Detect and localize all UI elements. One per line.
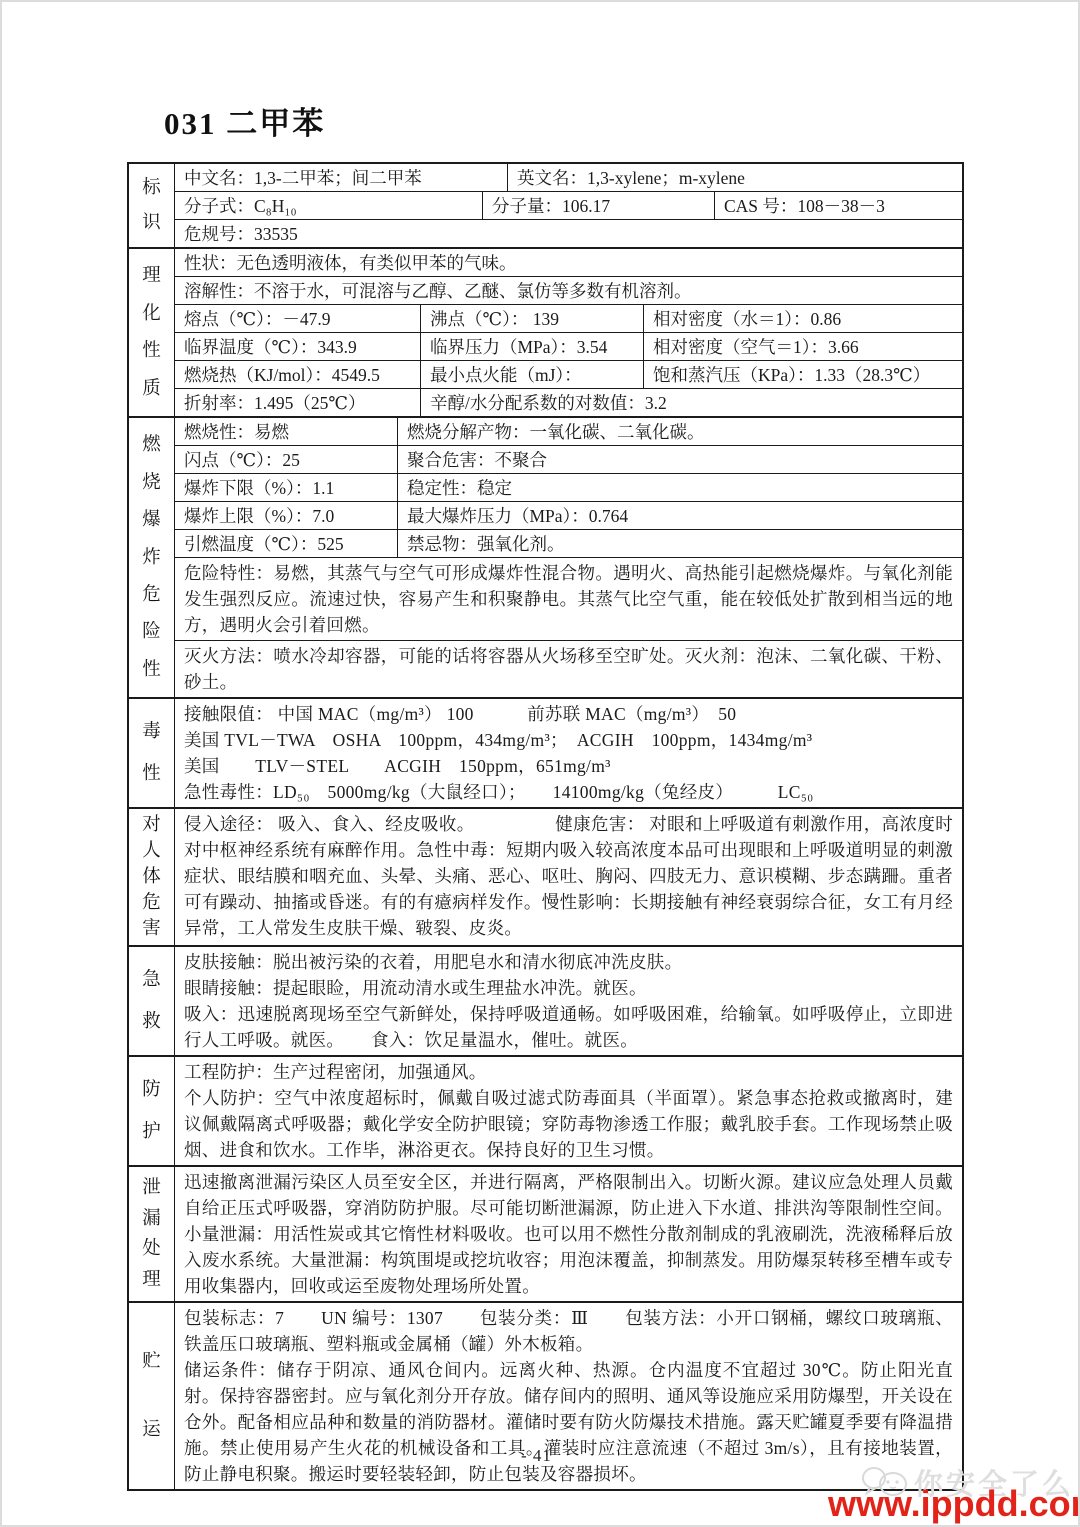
cell-storage-transport-text: 包装标志：7 UN 编号：1307 包装分类：Ⅲ 包装方法：小开口钢桶，螺纹口玻… bbox=[175, 1303, 962, 1489]
cell-melting-point: 熔点（℃）：－47.9 bbox=[175, 305, 420, 332]
section-spill-handling: 泄漏处理 迅速撤离泄漏污染区人员至安全区，并进行隔离，严格限制出入。切断火源。建… bbox=[129, 1165, 962, 1301]
table-row: 性状：无色透明液体，有类似甲苯的气味。 bbox=[175, 249, 962, 276]
table-row: 包装标志：7 UN 编号：1307 包装分类：Ⅲ 包装方法：小开口钢桶，螺纹口玻… bbox=[175, 1303, 962, 1489]
cell-hazard-code: 危规号：33535 bbox=[175, 220, 962, 247]
cell-hazard-characteristics: 危险特性：易燃，其蒸气与空气可形成爆炸性混合物。遇明火、高热能引起燃烧爆炸。与氧… bbox=[175, 558, 962, 640]
cell-appearance: 性状：无色透明液体，有类似甲苯的气味。 bbox=[175, 249, 962, 276]
section-label-spill-handling: 泄漏处理 bbox=[129, 1167, 175, 1301]
cell-protection-text: 工程防护：生产过程密闭，加强通风。 个人防护：空气中浓度超标时，佩戴自吸过滤式防… bbox=[175, 1057, 962, 1165]
cell-polymerization-hazard: 聚合危害：不聚合 bbox=[397, 446, 962, 473]
cell-first-aid-text: 皮肤接触：脱出被污染的衣着，用肥皂水和清水彻底冲洗皮肤。 眼睛接触：提起眼睑，用… bbox=[175, 947, 962, 1055]
table-row: 闪点（℃）：25 聚合危害：不聚合 bbox=[175, 445, 962, 473]
watermark-site-url: www.ippdd.com bbox=[828, 1483, 1080, 1525]
section-label-fire-explosion: 燃烧爆炸危险性 bbox=[129, 418, 175, 697]
section-protection: 防护 工程防护：生产过程密闭，加强通风。 个人防护：空气中浓度超标时，佩戴自吸过… bbox=[129, 1055, 962, 1165]
personal-protection: 个人防护：空气中浓度超标时，佩戴自吸过滤式防毒面具（半面罩）。紧急事态抢救或撤离… bbox=[184, 1085, 953, 1163]
cell-relative-density-water: 相对密度（水＝1）：0.86 bbox=[643, 305, 962, 332]
table-row: 中文名：1,3-二甲苯；间二甲苯 英文名：1,3-xylene；m-xylene bbox=[175, 164, 962, 191]
section-label-first-aid: 急救 bbox=[129, 947, 175, 1055]
exposure-limit-line: 美国 TLV－STEL ACGIH 150ppm，651mg/m³ bbox=[184, 753, 953, 779]
table-row: 熔点（℃）：－47.9 沸点（℃）： 139 相对密度（水＝1）：0.86 bbox=[175, 304, 962, 332]
section-first-aid: 急救 皮肤接触：脱出被污染的衣着，用肥皂水和清水彻底冲洗皮肤。 眼睛接触：提起眼… bbox=[129, 945, 962, 1055]
cell-fire-fighting-methods: 灭火方法：喷水冷却容器，可能的话将容器从火场移至空旷处。灭火剂：泡沫、二氧化碳、… bbox=[175, 641, 962, 697]
cell-saturated-vapor-pressure: 饱和蒸汽压（KPa）：1.33（28.3℃） bbox=[643, 361, 962, 388]
table-row: 引燃温度（℃）：525 禁忌物：强氧化剂。 bbox=[175, 529, 962, 557]
page-number: - 41 bbox=[521, 1446, 552, 1466]
engineering-controls: 工程防护：生产过程密闭，加强通风。 bbox=[184, 1059, 953, 1085]
section-identification: 标识 中文名：1,3-二甲苯；间二甲苯 英文名：1,3-xylene；m-xyl… bbox=[129, 164, 962, 247]
cell-critical-temperature: 临界温度（℃）：343.9 bbox=[175, 333, 420, 360]
packaging-info: 包装标志：7 UN 编号：1307 包装分类：Ⅲ 包装方法：小开口钢桶，螺纹口玻… bbox=[184, 1305, 953, 1357]
section-label-protection: 防护 bbox=[129, 1057, 175, 1165]
table-row: 燃烧热（KJ/mol）：4549.5 最小点火能（mJ）： 饱和蒸汽压（KPa）… bbox=[175, 360, 962, 388]
cell-molecular-weight: 分子量：106.17 bbox=[482, 192, 714, 219]
cell-flash-point: 闪点（℃）：25 bbox=[175, 446, 397, 473]
table-row: 折射率：1.495（25℃） 辛醇/水分配系数的对数值：3.2 bbox=[175, 388, 962, 416]
table-row: 迅速撤离泄漏污染区人员至安全区，并进行隔离，严格限制出入。切断火源。建议应急处理… bbox=[175, 1167, 962, 1301]
cell-english-name: 英文名：1,3-xylene；m-xylene bbox=[507, 164, 962, 191]
table-row: 危规号：33535 bbox=[175, 219, 962, 247]
page-title: 031 二甲苯 bbox=[164, 98, 325, 143]
cell-boiling-point: 沸点（℃）： 139 bbox=[420, 305, 643, 332]
section-health-hazards: 对人体危害 侵入途径： 吸入、食入、经皮吸收。 健康危害： 对眼和上呼吸道有刺激… bbox=[129, 807, 962, 945]
cell-molecular-formula: 分子式：C₈H₁₀ bbox=[175, 192, 482, 219]
section-toxicity: 毒性 接触限值： 中国 MAC（mg/m³） 100 前苏联 MAC（mg/m³… bbox=[129, 697, 962, 807]
table-row: 临界温度（℃）：343.9 临界压力（MPa）：3.54 相对密度（空气＝1）：… bbox=[175, 332, 962, 360]
exposure-limit-line: 接触限值： 中国 MAC（mg/m³） 100 前苏联 MAC（mg/m³） 5… bbox=[184, 701, 953, 727]
section-label-identification: 标识 bbox=[129, 164, 175, 247]
cell-stability: 稳定性：稳定 bbox=[397, 474, 962, 501]
storage-conditions: 储运条件：储存于阴凉、通风仓间内。远离火种、热源。仓内温度不宜超过 30℃。防止… bbox=[184, 1357, 953, 1487]
cell-health-hazards-text: 侵入途径： 吸入、食入、经皮吸收。 健康危害： 对眼和上呼吸道有刺激作用，高浓度… bbox=[175, 809, 962, 943]
table-row: 爆炸上限（%）：7.0 最大爆炸压力（MPa）：0.764 bbox=[175, 501, 962, 529]
cell-critical-pressure: 临界压力（MPa）：3.54 bbox=[420, 333, 643, 360]
table-row: 分子式：C₈H₁₀ 分子量：106.17 CAS 号：108－38－3 bbox=[175, 191, 962, 219]
msds-page: 031 二甲苯 标识 中文名：1,3-二甲苯；间二甲苯 英文名：1,3-xyle… bbox=[0, 0, 1080, 1527]
table-row: 燃烧性：易燃 燃烧分解产物：一氧化碳、二氧化碳。 bbox=[175, 418, 962, 445]
section-label-toxicity: 毒性 bbox=[129, 699, 175, 807]
table-row: 爆炸下限（%）：1.1 稳定性：稳定 bbox=[175, 473, 962, 501]
cell-flammability: 燃烧性：易燃 bbox=[175, 418, 397, 445]
cell-chinese-name: 中文名：1,3-二甲苯；间二甲苯 bbox=[175, 164, 507, 191]
cell-solubility: 溶解性：不溶于水，可混溶与乙醇、乙醚、氯仿等多数有机溶剂。 bbox=[175, 277, 962, 304]
section-label-physical-chemical: 理化性质 bbox=[129, 249, 175, 416]
section-label-health-hazards: 对人体危害 bbox=[129, 809, 175, 945]
cell-lower-explosive-limit: 爆炸下限（%）：1.1 bbox=[175, 474, 397, 501]
table-row: 危险特性：易燃，其蒸气与空气可形成爆炸性混合物。遇明火、高热能引起燃烧爆炸。与氧… bbox=[175, 557, 962, 640]
cell-cas-number: CAS 号：108－38－3 bbox=[714, 192, 962, 219]
table-row: 灭火方法：喷水冷却容器，可能的话将容器从火场移至空旷处。灭火剂：泡沫、二氧化碳、… bbox=[175, 640, 962, 697]
table-row: 溶解性：不溶于水，可混溶与乙醇、乙醚、氯仿等多数有机溶剂。 bbox=[175, 276, 962, 304]
exposure-limit-line: 美国 TVL－TWA OSHA 100ppm，434mg/m³； ACGIH 1… bbox=[184, 727, 953, 753]
first-aid-inhalation-ingestion: 吸入：迅速脱离现场至空气新鲜处，保持呼吸道通畅。如呼吸困难，给输氧。如呼吸停止，… bbox=[184, 1001, 953, 1053]
section-fire-explosion: 燃烧爆炸危险性 燃烧性：易燃 燃烧分解产物：一氧化碳、二氧化碳。 闪点（℃）：2… bbox=[129, 416, 962, 697]
table-row: 工程防护：生产过程密闭，加强通风。 个人防护：空气中浓度超标时，佩戴自吸过滤式防… bbox=[175, 1057, 962, 1165]
cell-max-explosion-pressure: 最大爆炸压力（MPa）：0.764 bbox=[397, 502, 962, 529]
table-row: 皮肤接触：脱出被污染的衣着，用肥皂水和清水彻底冲洗皮肤。 眼睛接触：提起眼睑，用… bbox=[175, 947, 962, 1055]
cell-upper-explosive-limit: 爆炸上限（%）：7.0 bbox=[175, 502, 397, 529]
msds-table: 标识 中文名：1,3-二甲苯；间二甲苯 英文名：1,3-xylene；m-xyl… bbox=[127, 162, 964, 1491]
acute-toxicity-line: 急性毒性：LD₅₀ 5000mg/kg（大鼠经口）； 14100mg/kg（兔经… bbox=[184, 779, 953, 805]
cell-spill-handling-text: 迅速撤离泄漏污染区人员至安全区，并进行隔离，严格限制出入。切断火源。建议应急处理… bbox=[175, 1167, 962, 1301]
cell-heat-of-combustion: 燃烧热（KJ/mol）：4549.5 bbox=[175, 361, 420, 388]
cell-relative-density-air: 相对密度（空气＝1）：3.66 bbox=[643, 333, 962, 360]
first-aid-eyes: 眼睛接触：提起眼睑，用流动清水或生理盐水冲洗。就医。 bbox=[184, 975, 953, 1001]
cell-exposure-limits: 接触限值： 中国 MAC（mg/m³） 100 前苏联 MAC（mg/m³） 5… bbox=[175, 699, 962, 807]
table-row: 侵入途径： 吸入、食入、经皮吸收。 健康危害： 对眼和上呼吸道有刺激作用，高浓度… bbox=[175, 809, 962, 943]
cell-log-kow: 辛醇/水分配系数的对数值：3.2 bbox=[420, 389, 962, 416]
cell-incompatibilities: 禁忌物：强氧化剂。 bbox=[397, 530, 962, 557]
cell-ignition-temperature: 引燃温度（℃）：525 bbox=[175, 530, 397, 557]
cell-decomposition-products: 燃烧分解产物：一氧化碳、二氧化碳。 bbox=[397, 418, 962, 445]
table-row: 接触限值： 中国 MAC（mg/m³） 100 前苏联 MAC（mg/m³） 5… bbox=[175, 699, 962, 807]
cell-refractive-index: 折射率：1.495（25℃） bbox=[175, 389, 420, 416]
section-label-storage-transport: 贮运 bbox=[129, 1303, 175, 1489]
section-physical-chemical: 理化性质 性状：无色透明液体，有类似甲苯的气味。 溶解性：不溶于水，可混溶与乙醇… bbox=[129, 247, 962, 416]
first-aid-skin: 皮肤接触：脱出被污染的衣着，用肥皂水和清水彻底冲洗皮肤。 bbox=[184, 949, 953, 975]
cell-min-ignition-energy: 最小点火能（mJ）： bbox=[420, 361, 643, 388]
